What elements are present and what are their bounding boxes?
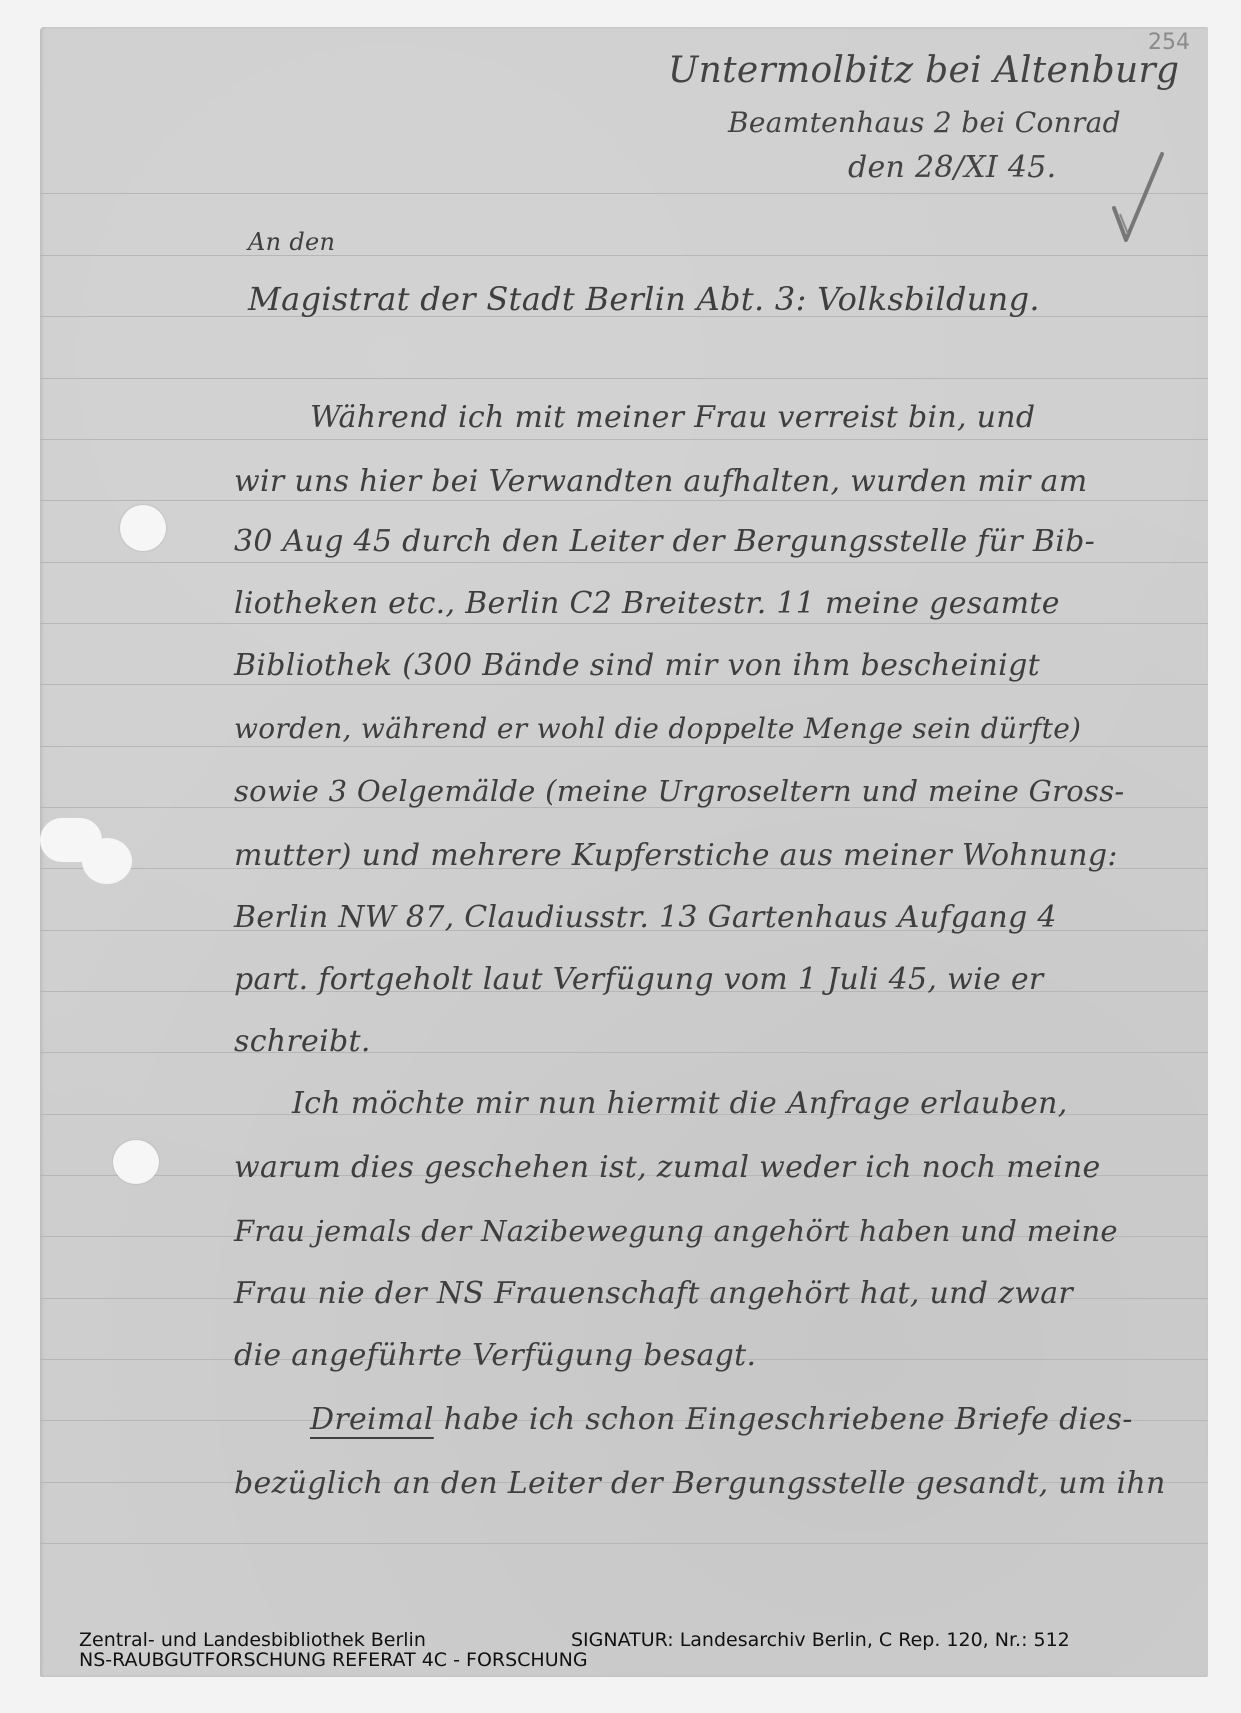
footer-institution: Zentral- und Landesbibliothek Berlin xyxy=(79,1630,426,1650)
header-date: den 28/XI 45. xyxy=(848,150,1056,185)
body-line: 30 Aug 45 durch den Leiter der Bergungss… xyxy=(234,524,1095,559)
body-line: worden, während er wohl die doppelte Men… xyxy=(234,712,1081,745)
body-line: bezüglich an den Leiter der Bergungsstel… xyxy=(234,1466,1166,1501)
body-line: Bibliothek (300 Bände sind mir von ihm b… xyxy=(234,648,1040,683)
ruled-line xyxy=(40,439,1208,440)
ruled-line xyxy=(40,684,1208,685)
ruled-line xyxy=(40,1543,1208,1544)
ruled-line xyxy=(40,378,1208,379)
footer-department: NS-RAUBGUTFORSCHUNG REFERAT 4C - FORSCHU… xyxy=(79,1650,588,1670)
check-mark-icon xyxy=(1108,148,1168,248)
body-line: Während ich mit meiner Frau verreist bin… xyxy=(310,400,1035,435)
ruled-line xyxy=(40,746,1208,747)
salutation: An den xyxy=(248,228,335,256)
ruled-line xyxy=(40,562,1208,563)
body-line: Frau jemals der Nazibewegung angehört ha… xyxy=(234,1214,1118,1248)
footer-signature: SIGNATUR: Landesarchiv Berlin, C Rep. 12… xyxy=(571,1630,1070,1650)
ruled-line xyxy=(40,500,1208,501)
body-line: Berlin NW 87, Claudiusstr. 13 Gartenhaus… xyxy=(234,900,1057,935)
body-line: die angeführte Verfügung besagt. xyxy=(234,1338,756,1373)
body-line: warum dies geschehen ist, zumal weder ic… xyxy=(234,1150,1101,1185)
body-line-rest: habe ich schon Eingeschriebene Briefe di… xyxy=(434,1402,1133,1437)
header-address: Beamtenhaus 2 bei Conrad xyxy=(728,106,1121,139)
header-place: Untermolbitz bei Altenburg xyxy=(668,50,1179,91)
ruled-line xyxy=(40,193,1208,194)
body-line: liotheken etc., Berlin C2 Breitestr. 11 … xyxy=(234,586,1060,621)
ruled-line xyxy=(40,1052,1208,1053)
body-line: Frau nie der NS Frauenschaft angehört ha… xyxy=(234,1276,1073,1311)
body-line: sowie 3 Oelgemälde (meine Urgroseltern u… xyxy=(234,774,1125,808)
body-line: schreibt. xyxy=(234,1024,371,1059)
punch-hole xyxy=(120,505,166,551)
underlined-word: Dreimal xyxy=(310,1402,434,1437)
body-line: Ich möchte mir nun hiermit die Anfrage e… xyxy=(292,1086,1068,1121)
ruled-line xyxy=(40,255,1208,256)
body-line: part. fortgeholt laut Verfügung vom 1 Ju… xyxy=(234,962,1044,997)
body-line: mutter) und mehrere Kupferstiche aus mei… xyxy=(234,838,1118,873)
body-line-underlined: Dreimal habe ich schon Eingeschriebene B… xyxy=(310,1402,1133,1437)
addressee: Magistrat der Stadt Berlin Abt. 3: Volks… xyxy=(248,280,1040,318)
body-line: wir uns hier bei Verwandten aufhalten, w… xyxy=(234,464,1087,499)
torn-punch-hole xyxy=(82,838,132,884)
ruled-line xyxy=(40,623,1208,624)
punch-hole xyxy=(113,1140,159,1184)
